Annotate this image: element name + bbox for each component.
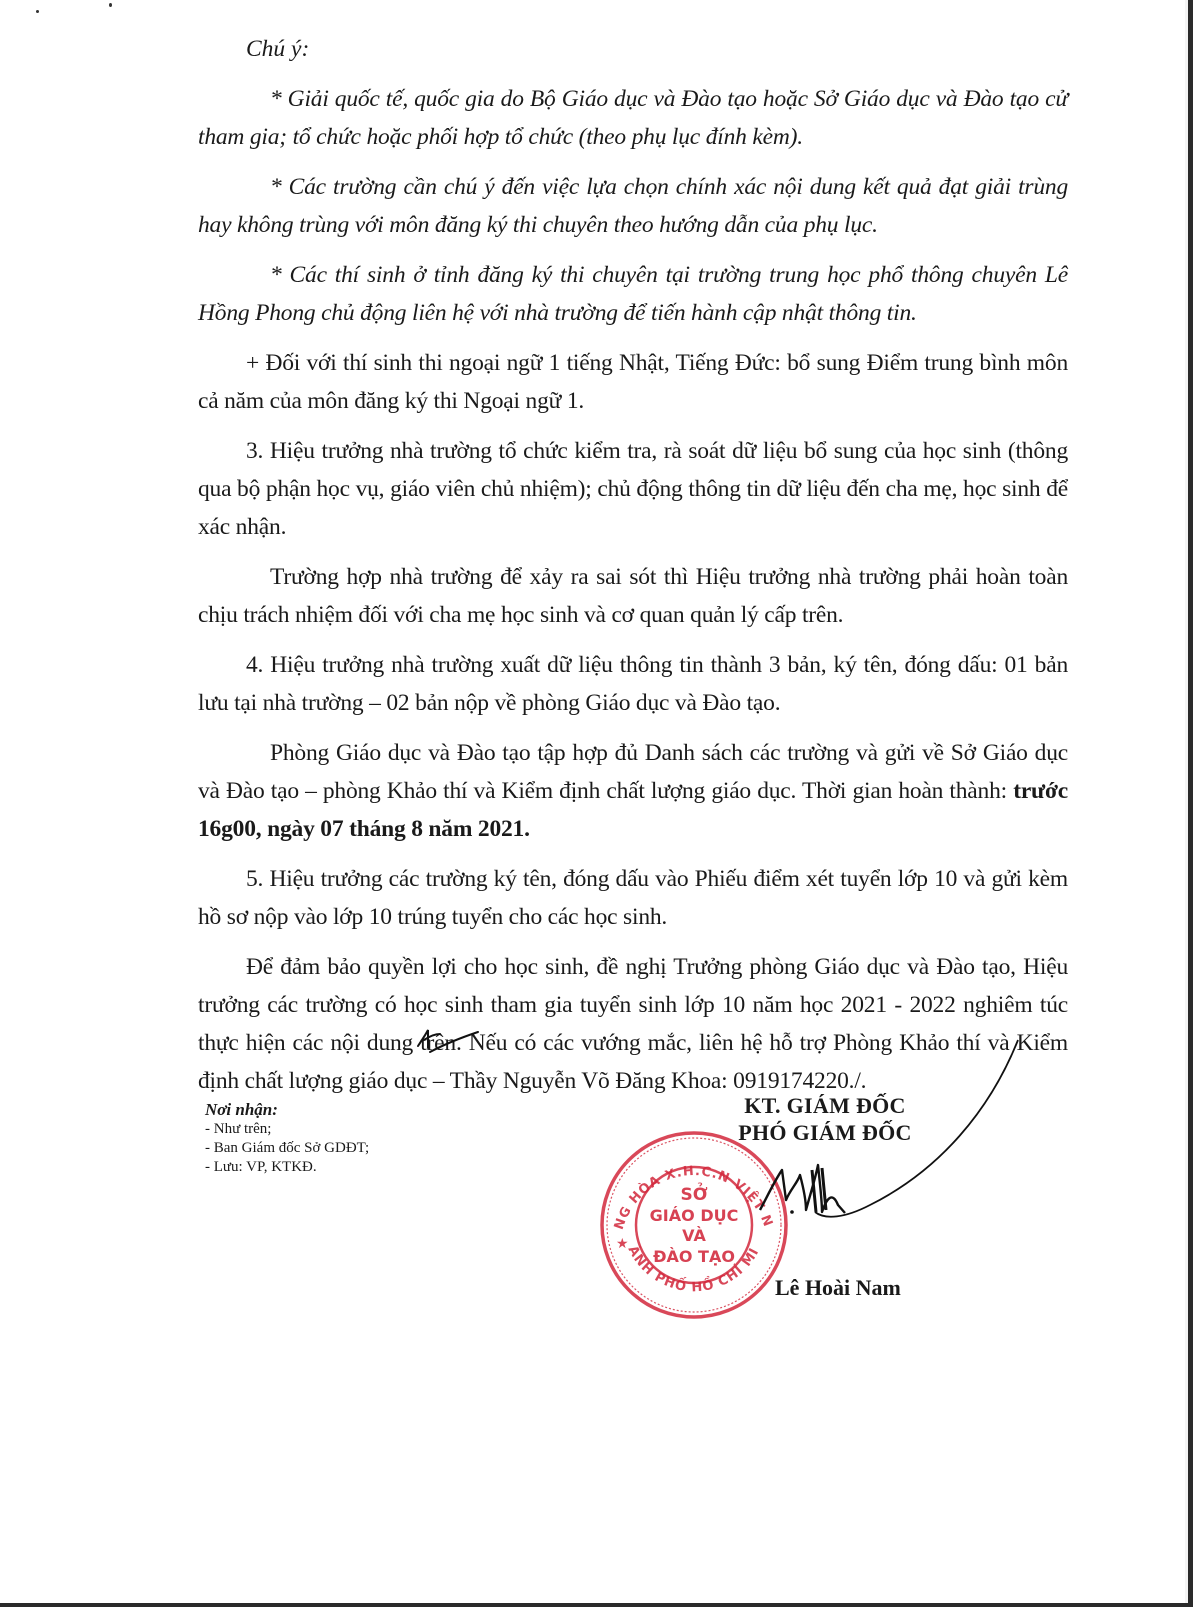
scan-speck [36,10,39,13]
item-5-paragraph: 5. Hiệu trưởng các trường ký tên, đóng d… [198,860,1068,936]
deadline-period: . [524,816,530,842]
foreign-language-paragraph: + Đối với thí sinh thi ngoại ngữ 1 tiếng… [198,344,1068,420]
item-3-paragraph: 3. Hiệu trưởng nhà trường tổ chức kiểm t… [198,432,1068,546]
document-body: Chú ý: * Giải quốc tế, quốc gia do Bộ Gi… [198,30,1068,1112]
recipient-item: - Ban Giám đốc Sở GDĐT; [205,1139,369,1158]
svg-text:★: ★ [616,1237,629,1252]
recipient-item: - Lưu: VP, KTKĐ. [205,1158,369,1177]
signature-title-1: KT. GIÁM ĐỐC [660,1092,990,1119]
stamp-line-4: ĐÀO TẠO [653,1247,735,1266]
recipients-title: Nơi nhận: [205,1100,369,1120]
note-title: Chú ý: [198,30,1068,68]
closing-paragraph: Để đảm bảo quyền lợi cho học sinh, đề ng… [198,948,1068,1100]
page-edge-right [1185,0,1193,1607]
stamp-line-2: GIÁO DỤC [650,1206,739,1225]
page-edge-bottom [0,1603,1193,1607]
note-item-1: * Giải quốc tế, quốc gia do Bộ Giáo dục … [198,80,1068,156]
stamp-line-1: SỞ [680,1181,707,1205]
note-item-2: * Các trường cần chú ý đến việc lựa chọn… [198,168,1068,244]
note-item-3: * Các thí sinh ở tỉnh đăng ký thi chuyên… [198,256,1068,332]
official-stamp-icon: CỘNG HÒA X.H.C.N VIỆT NAM THÀNH PHỐ HỒ C… [594,1120,794,1320]
item-4-office-paragraph: Phòng Giáo dục và Đào tạo tập hợp đủ Dan… [198,734,1068,848]
scan-speck [109,3,112,7]
item-4-office-text: Phòng Giáo dục và Đào tạo tập hợp đủ Dan… [198,740,1068,804]
item-4-paragraph: 4. Hiệu trưởng nhà trường xuất dữ liệu t… [198,646,1068,722]
item-3-responsibility-paragraph: Trường hợp nhà trường để xảy ra sai sót … [198,558,1068,634]
recipient-item: - Như trên; [205,1120,369,1139]
recipients-block: Nơi nhận: - Như trên; - Ban Giám đốc Sở … [205,1100,369,1177]
stamp-line-3: VÀ [682,1226,706,1245]
